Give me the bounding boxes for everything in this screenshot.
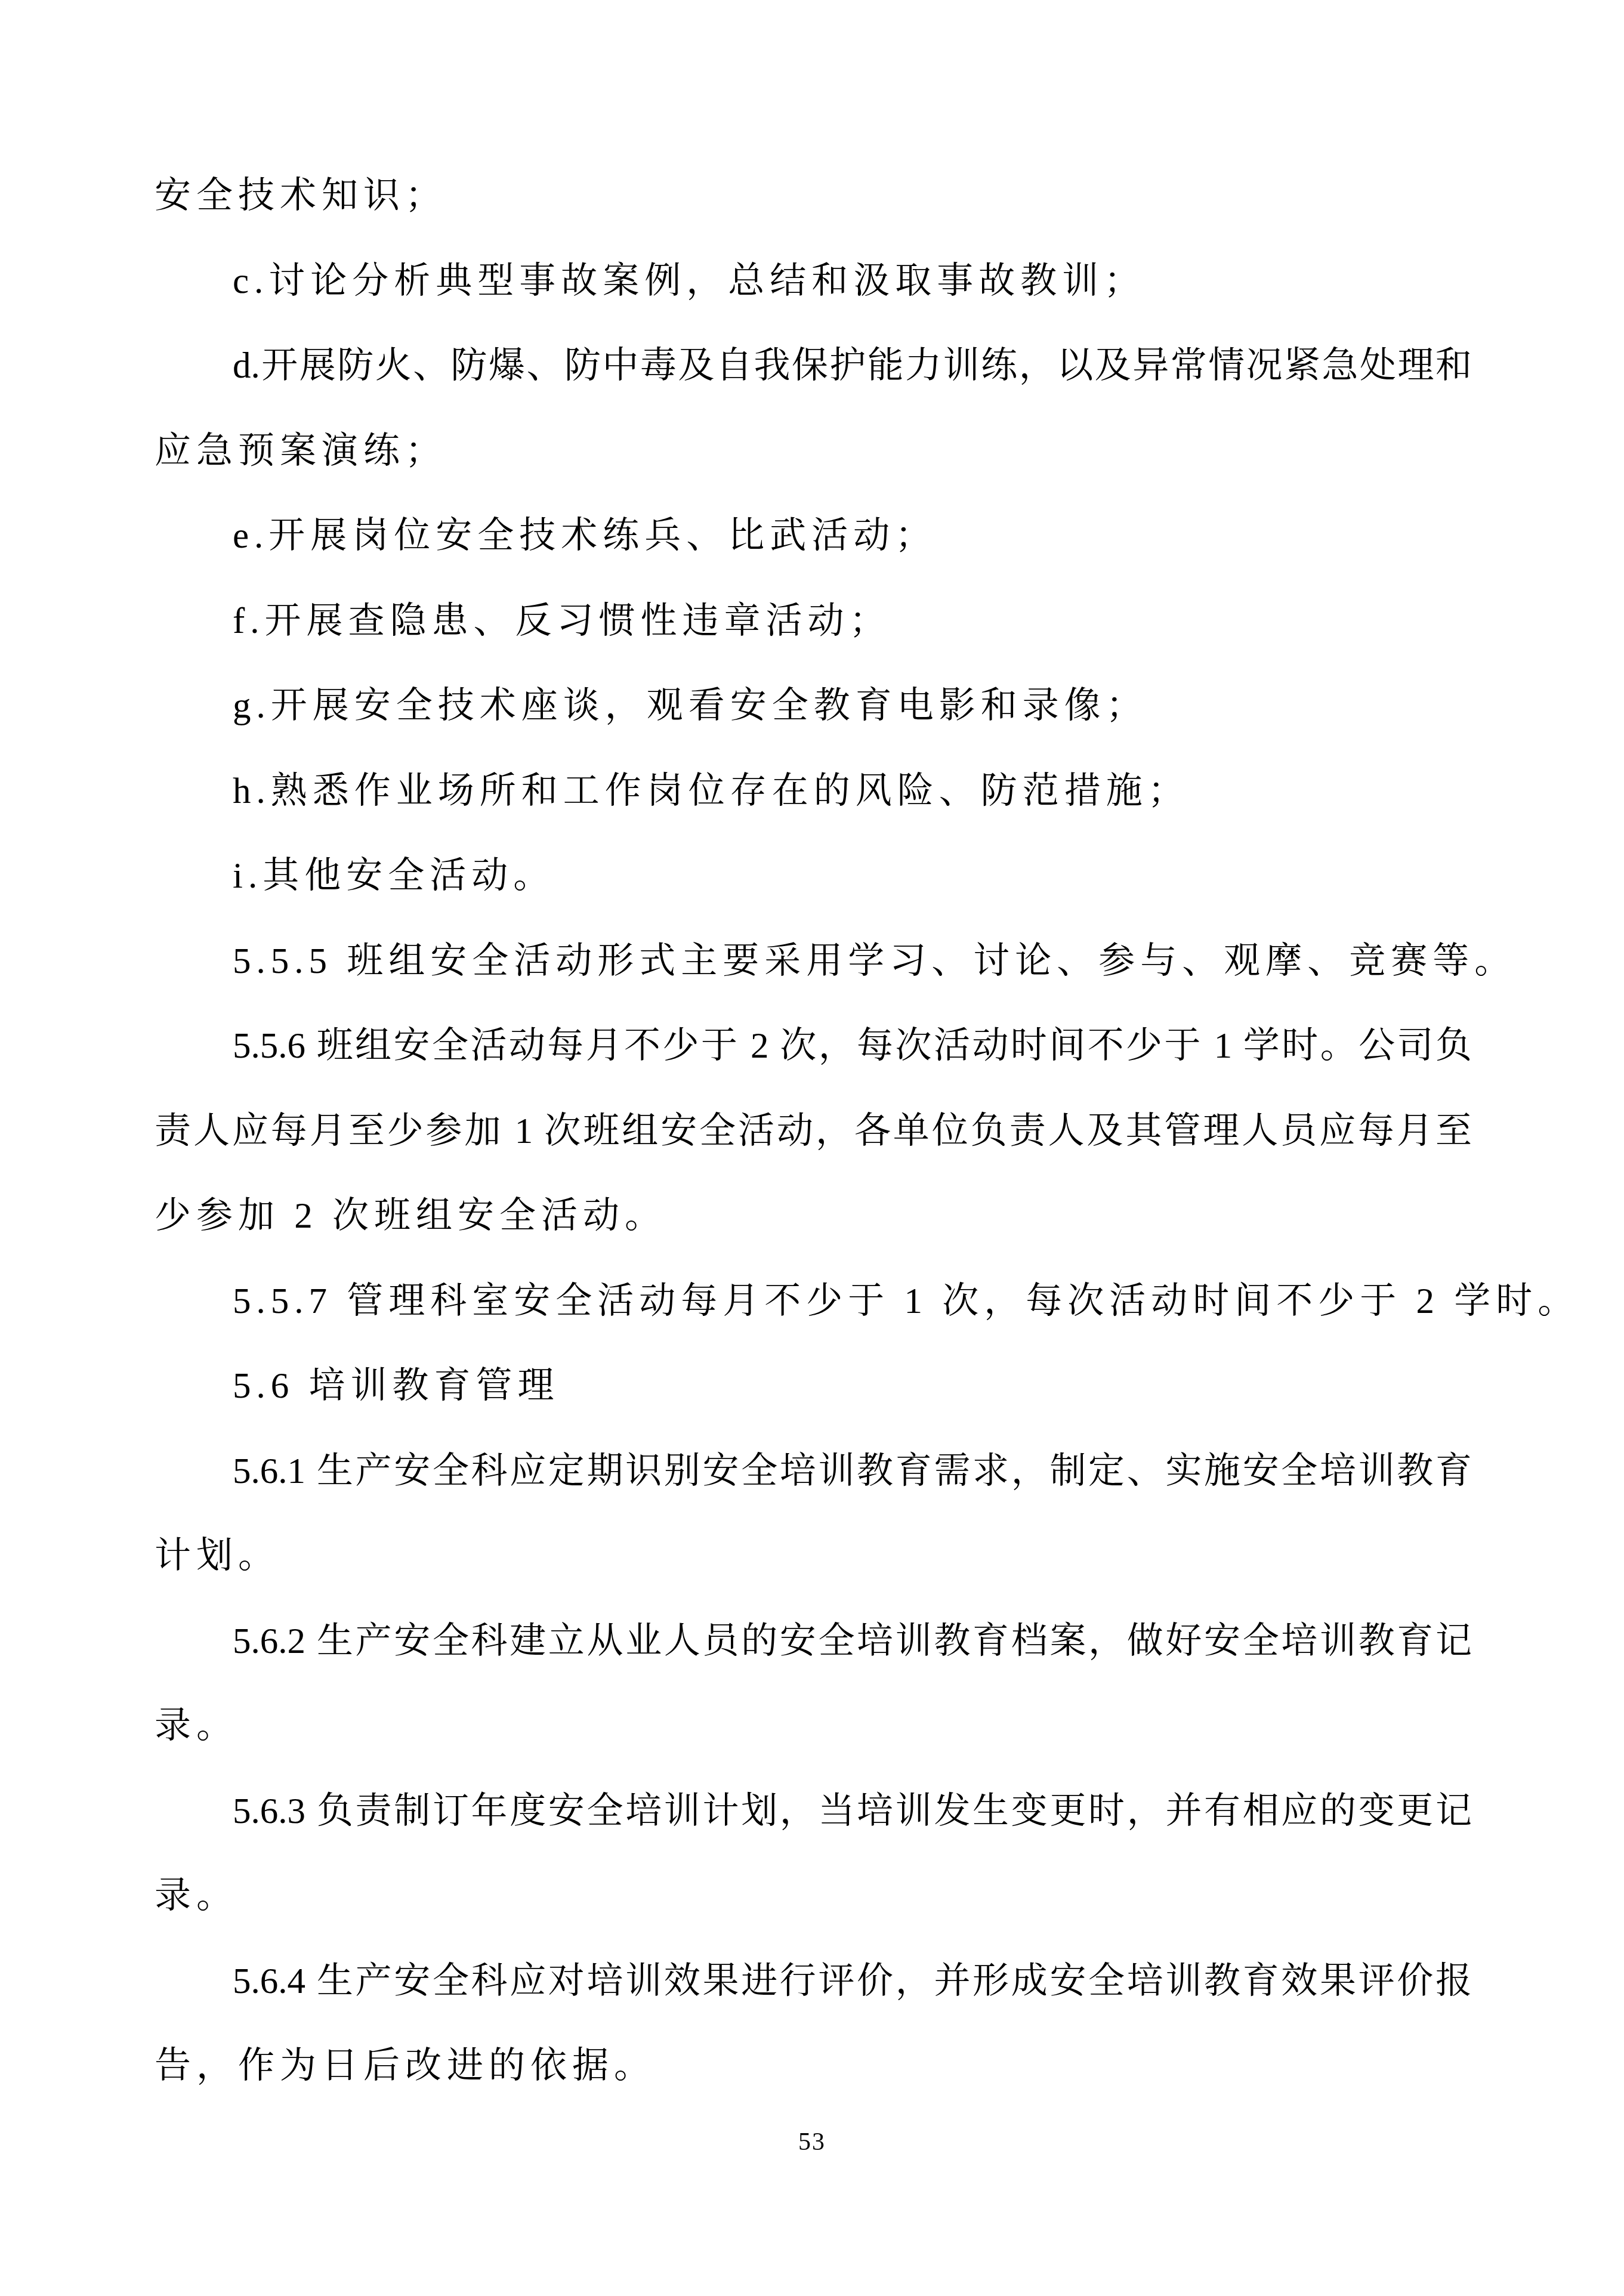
text-line: i.其他安全活动。 (155, 834, 1472, 919)
text-line: 计划。 (155, 1514, 1472, 1599)
text-line: 安全技术知识； (155, 154, 1472, 239)
text-line: f.开展查隐患、反习惯性违章活动； (155, 579, 1472, 665)
text-line: 告，作为日后改进的依据。 (155, 2024, 1472, 2109)
text-line: 5.6.2 生产安全科建立从业人员的安全培训教育档案，做好安全培训教育记 (155, 1599, 1472, 1685)
text-line: 5.6.1 生产安全科应定期识别安全培训教育需求，制定、实施安全培训教育 (155, 1429, 1472, 1515)
text-line: 责人应每月至少参加 1 次班组安全活动，各单位负责人及其管理人员应每月至 (155, 1089, 1472, 1175)
text-line: g.开展安全技术座谈，观看安全教育电影和录像； (155, 664, 1472, 749)
page-body: 安全技术知识； c.讨论分析典型事故案例，总结和汲取事故教训； d.开展防火、防… (155, 154, 1472, 2109)
text-line: 少参加 2 次班组安全活动。 (155, 1174, 1472, 1259)
text-line: 录。 (155, 1854, 1472, 1939)
text-line: h.熟悉作业场所和工作岗位存在的风险、防范措施； (155, 749, 1472, 835)
text-line: 5.5.7 管理科室安全活动每月不少于 1 次，每次活动时间不少于 2 学时。 (155, 1259, 1472, 1345)
text-line: 5.5.5 班组安全活动形式主要采用学习、讨论、参与、观摩、竞赛等。 (155, 919, 1472, 1005)
text-line: 5.5.6 班组安全活动每月不少于 2 次，每次活动时间不少于 1 学时。公司负 (155, 1004, 1472, 1089)
page-number: 53 (0, 2127, 1624, 2157)
text-line: 5.6.3 负责制订年度安全培训计划，当培训发生变更时，并有相应的变更记 (155, 1769, 1472, 1855)
text-line: c.讨论分析典型事故案例，总结和汲取事故教训； (155, 239, 1472, 325)
text-line: 录。 (155, 1684, 1472, 1769)
text-line: 应急预案演练； (155, 409, 1472, 495)
text-line: e.开展岗位安全技术练兵、比武活动； (155, 494, 1472, 579)
text-line: 5.6.4 生产安全科应对培训效果进行评价，并形成安全培训教育效果评价报 (155, 1939, 1472, 2025)
document-page: 安全技术知识； c.讨论分析典型事故案例，总结和汲取事故教训； d.开展防火、防… (0, 0, 1624, 2296)
text-line: 5.6 培训教育管理 (155, 1344, 1472, 1429)
text-line: d.开展防火、防爆、防中毒及自我保护能力训练，以及异常情况紧急处理和 (155, 324, 1472, 409)
